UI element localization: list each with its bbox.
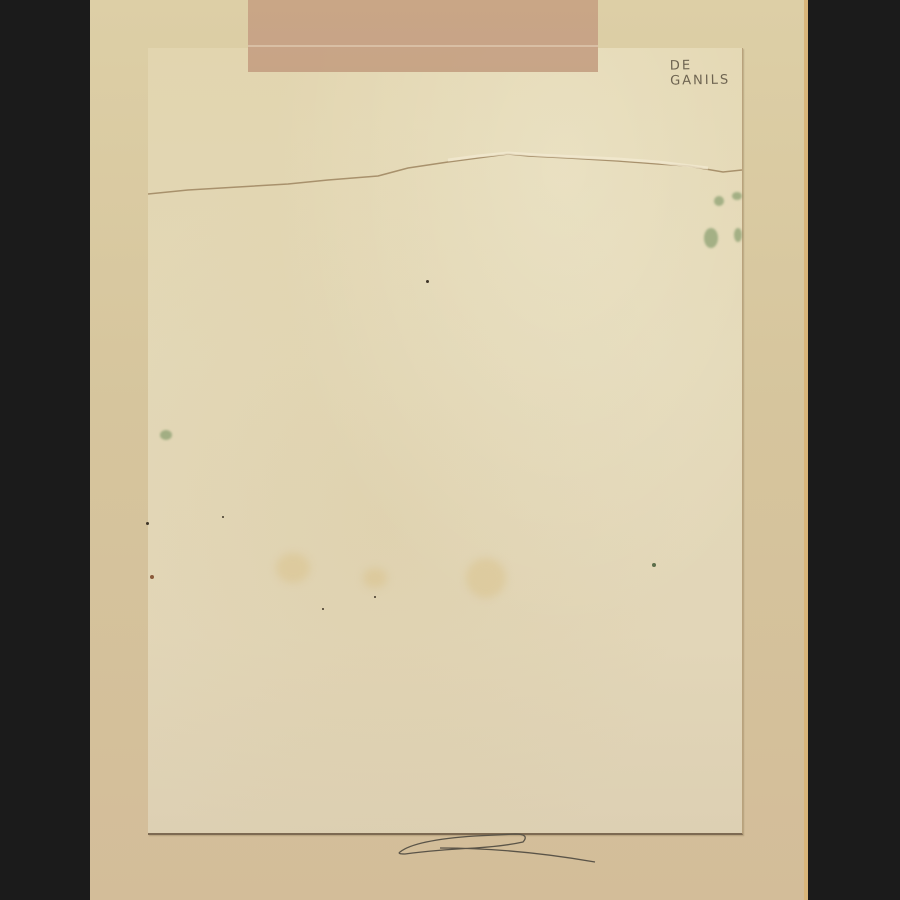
paper-tear (148, 146, 742, 196)
foxing-stain (363, 568, 387, 588)
debris-fleck (426, 280, 429, 283)
mold-spot (732, 192, 742, 200)
mold-spot (714, 196, 724, 206)
mold-spot (704, 228, 718, 248)
debris-fleck (652, 563, 656, 567)
foxing-stain (276, 553, 310, 583)
foxing-stain (466, 558, 506, 598)
mold-spot (160, 430, 172, 440)
debris-fleck (150, 575, 154, 579)
pencil-signature (395, 828, 605, 868)
debris-fleck (222, 516, 224, 518)
mounting-board: DE GANILS (90, 0, 808, 900)
debris-fleck (146, 522, 149, 525)
mold-spot (734, 228, 742, 242)
debris-fleck (374, 596, 376, 598)
tape-seam (248, 45, 598, 47)
pencil-inscription: DE GANILS (670, 57, 743, 88)
debris-fleck (322, 608, 324, 610)
board-edge (804, 0, 808, 900)
masking-tape (248, 0, 598, 72)
paper-sheet: DE GANILS (148, 48, 743, 835)
